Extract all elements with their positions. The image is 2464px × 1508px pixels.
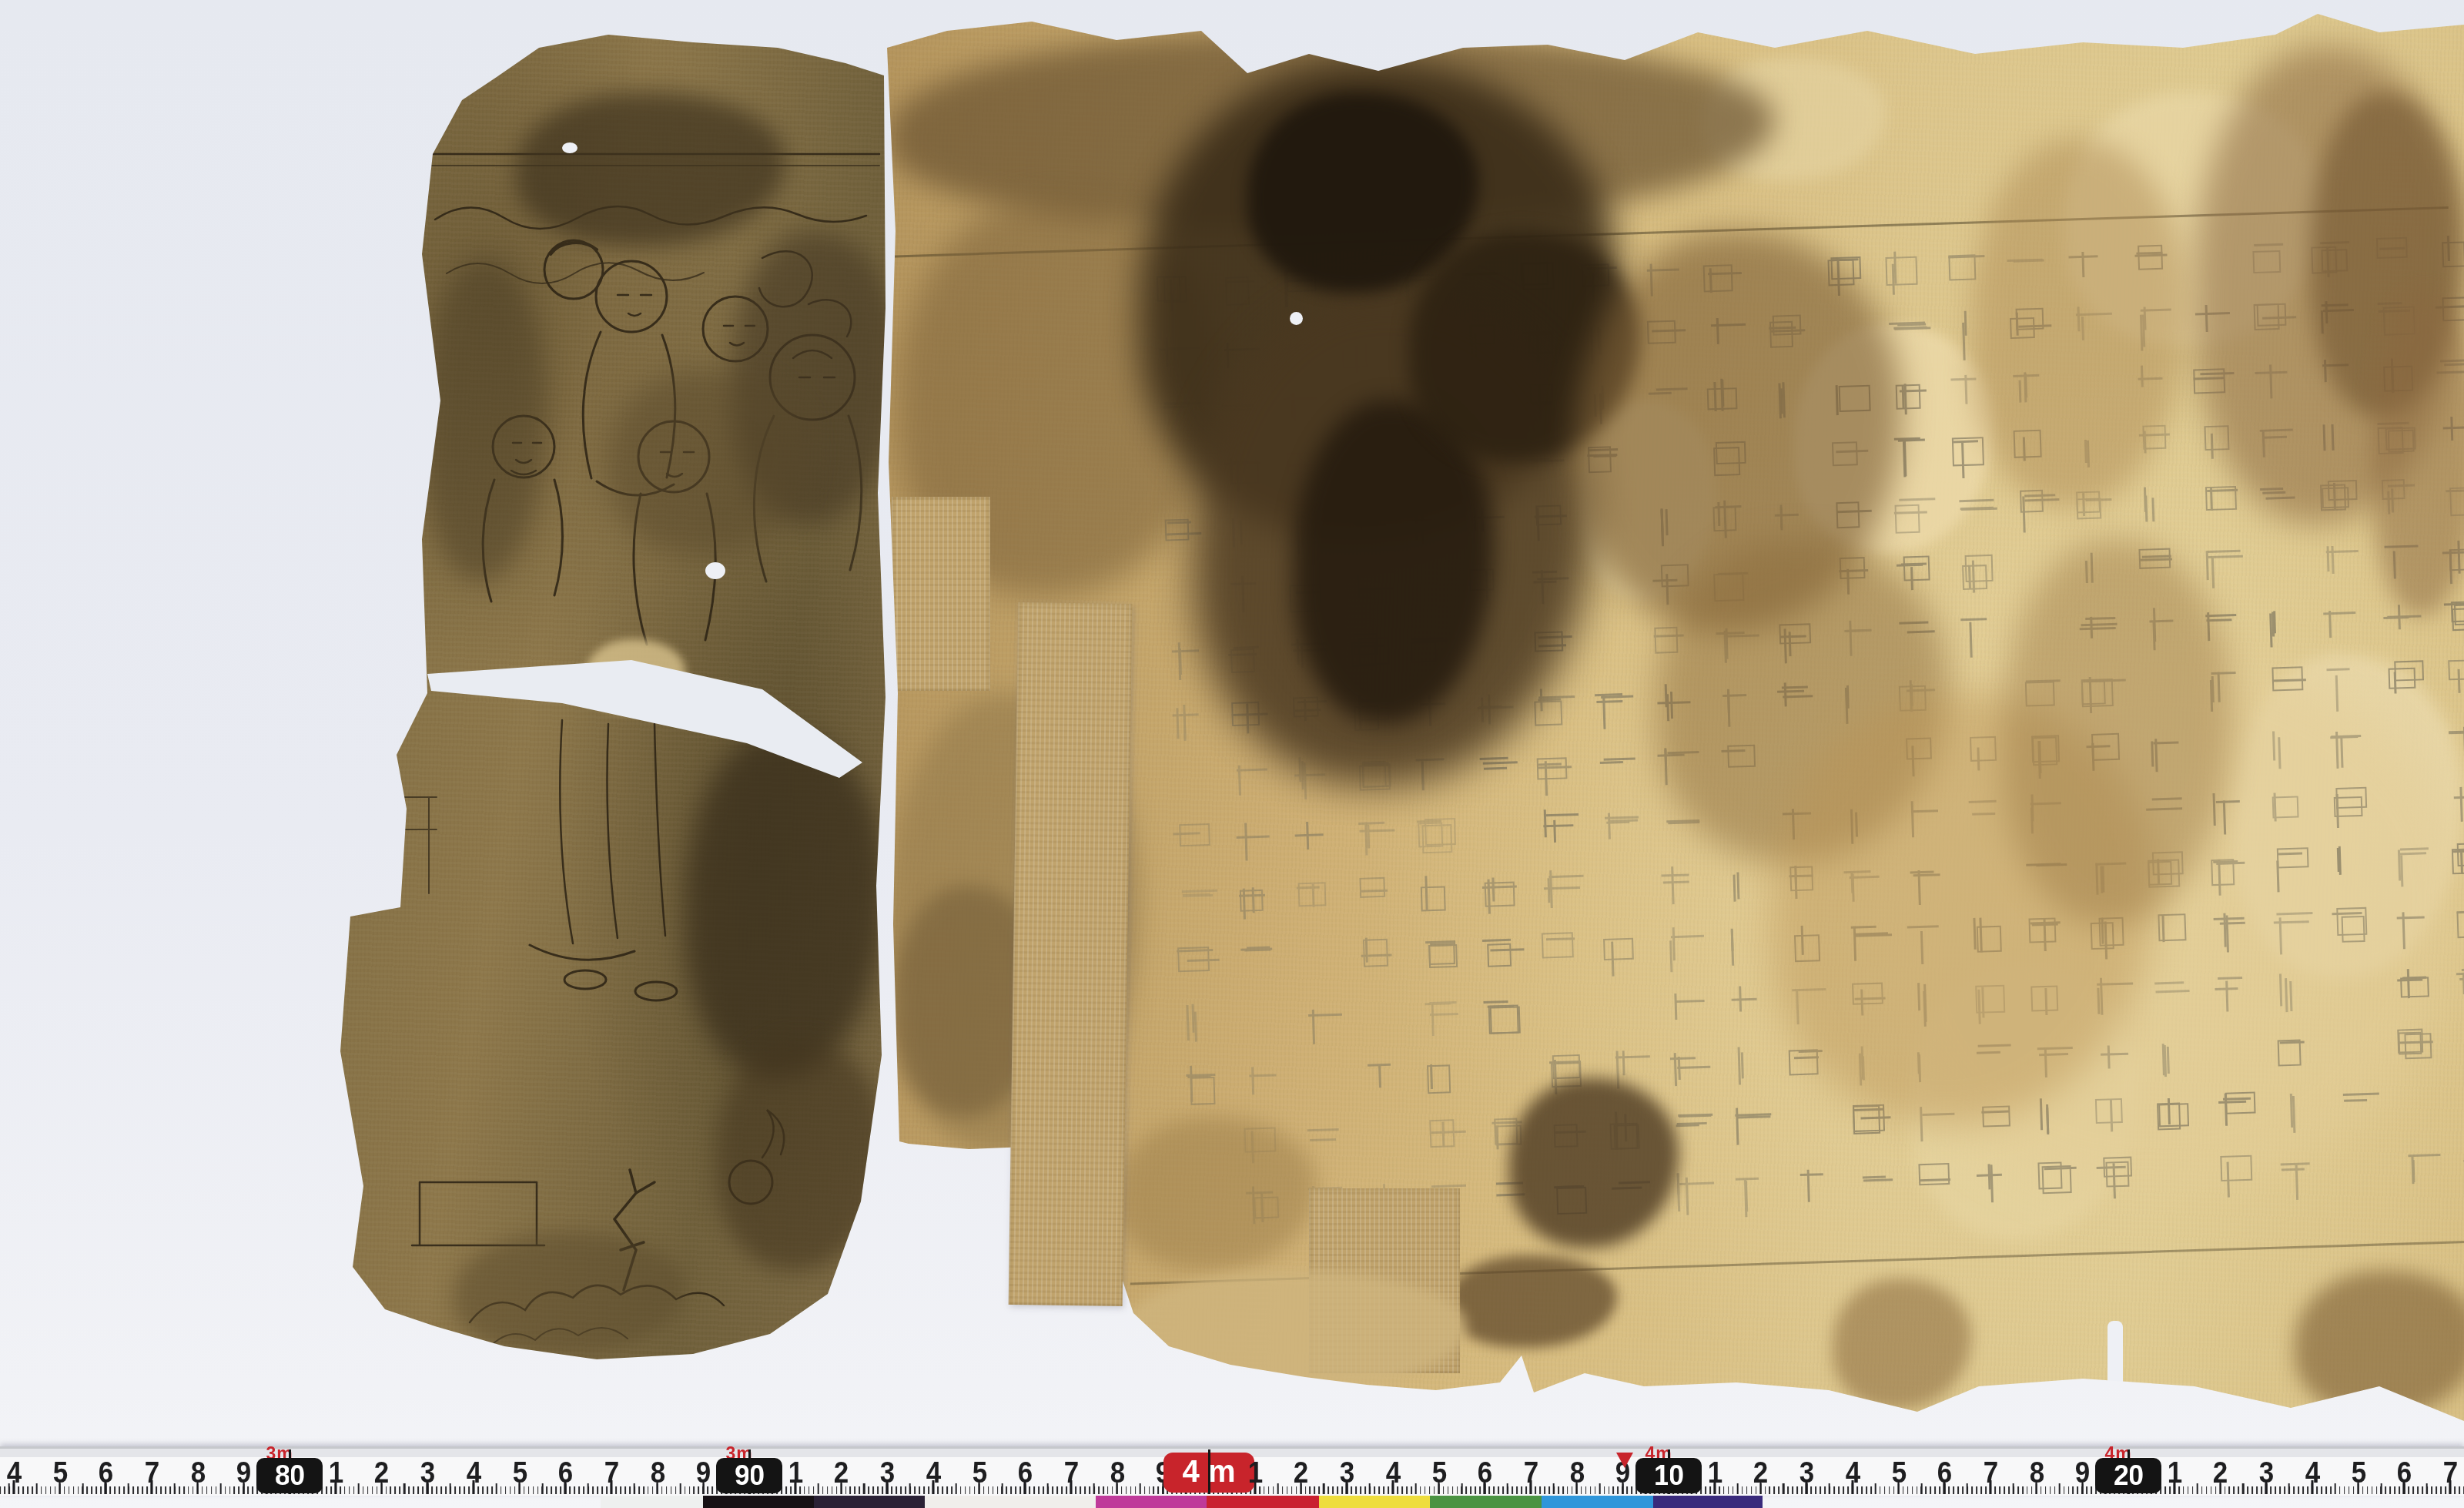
mirrored-character xyxy=(1595,685,1638,734)
mirrored-character xyxy=(1913,1162,1957,1211)
mirrored-character xyxy=(2328,784,2371,833)
ruler-number: 5 xyxy=(504,1457,534,1490)
ruler-number: 2 xyxy=(1745,1457,1776,1490)
mirrored-character xyxy=(1599,806,1642,856)
mirrored-character xyxy=(2322,602,2365,651)
mirrored-character xyxy=(2096,1156,2139,1205)
ruler-number: 4 xyxy=(458,1457,489,1490)
mirrored-character xyxy=(2453,902,2464,951)
mirrored-character xyxy=(1956,552,1999,602)
ruler-number: 6 xyxy=(1009,1457,1040,1490)
mirrored-character xyxy=(2400,1147,2443,1196)
mirrored-character xyxy=(2395,964,2438,1014)
ruler-number: 5 xyxy=(1423,1457,1454,1490)
mirrored-character xyxy=(1538,809,1581,858)
mirrored-character xyxy=(2275,1029,2318,1078)
ruler-number: 4 xyxy=(0,1457,29,1490)
ruler-number: 1 xyxy=(1699,1457,1729,1490)
mirrored-character xyxy=(2396,1025,2439,1074)
mirrored-character xyxy=(2448,719,2464,769)
mirrored-character xyxy=(2155,1094,2198,1143)
mirrored-character xyxy=(1177,942,1220,991)
mirrored-character xyxy=(1732,1168,1775,1217)
mirrored-character xyxy=(2198,545,2241,594)
mirrored-character xyxy=(2449,780,2464,829)
mirrored-character xyxy=(2459,1084,2464,1133)
ruler-number: 8 xyxy=(2020,1457,2051,1490)
mirrored-character xyxy=(2197,484,2240,533)
ruler-number: 7 xyxy=(1975,1457,2006,1490)
ruler-number: 8 xyxy=(182,1457,213,1490)
mirrored-character xyxy=(2151,972,2194,1021)
mirrored-character xyxy=(2456,963,2464,1012)
mirrored-character xyxy=(2094,1095,2138,1144)
mirrored-character xyxy=(2210,910,2253,959)
ruler-number: 7 xyxy=(1056,1457,1086,1490)
mirrored-character xyxy=(2263,664,2306,713)
repair-tape-a xyxy=(892,497,990,691)
ruler-number: 6 xyxy=(1469,1457,1500,1490)
color-patch-azure xyxy=(1542,1496,1653,1508)
mirrored-character xyxy=(2218,1152,2261,1201)
ruler-number: 4 xyxy=(918,1457,949,1490)
mirrored-character xyxy=(1478,871,1522,920)
mirrored-character xyxy=(1885,250,1928,299)
worm-hole xyxy=(562,142,577,153)
photograph-stage: 4567893m801234567893m901234567894 m12345… xyxy=(0,0,2464,1508)
mirrored-character xyxy=(1178,1003,1221,1052)
mirrored-character xyxy=(1169,699,1212,748)
ruler-number: 2 xyxy=(825,1457,856,1490)
mirrored-character xyxy=(1671,1170,1714,1219)
mirrored-character xyxy=(2273,968,2316,1017)
ruler-number: 8 xyxy=(641,1457,672,1490)
color-patch-black xyxy=(703,1496,814,1508)
mirrored-character xyxy=(1355,814,1398,863)
mirrored-character xyxy=(2269,846,2312,896)
mirrored-character xyxy=(2326,723,2369,772)
mirrored-character xyxy=(2271,907,2314,957)
color-patch-green xyxy=(1430,1496,1542,1508)
mirrored-character xyxy=(2457,1024,2464,1073)
mirrored-character xyxy=(2391,843,2434,892)
mirrored-character xyxy=(2212,970,2255,1019)
ruler-number: 1 xyxy=(2158,1457,2189,1490)
mirrored-character xyxy=(1661,866,1704,915)
mirrored-character xyxy=(1235,879,1278,928)
mirrored-character xyxy=(1359,936,1402,985)
mirrored-character xyxy=(1481,932,1524,981)
mirrored-character xyxy=(1728,1046,1771,1095)
red-arrow-icon xyxy=(1616,1453,1633,1468)
stain xyxy=(2295,1271,2464,1417)
ruler-number: 2 xyxy=(2205,1457,2235,1490)
mirrored-character xyxy=(1722,863,1765,913)
mirrored-character xyxy=(1421,995,1465,1044)
mirrored-character xyxy=(1237,940,1281,989)
mirrored-character xyxy=(2320,541,2363,590)
ruler-number: 5 xyxy=(2342,1457,2373,1490)
mirrored-character xyxy=(1174,881,1217,930)
mirrored-character xyxy=(1974,1160,2017,1209)
mirrored-character xyxy=(2332,906,2375,955)
color-patch-white xyxy=(601,1496,703,1508)
color-patch-white xyxy=(925,1496,1096,1508)
mirrored-character xyxy=(1234,818,1277,867)
color-patch-red xyxy=(1207,1496,1319,1508)
mirrored-character xyxy=(2265,725,2308,774)
mirrored-character xyxy=(1180,1064,1224,1113)
sutra-text-columns xyxy=(860,0,2442,37)
illustration-fragment xyxy=(331,27,893,1367)
mirrored-character xyxy=(2216,1091,2259,1141)
ruler-number: 4 xyxy=(2297,1457,2328,1490)
decimeter-line xyxy=(2128,1449,2130,1494)
mirrored-character xyxy=(1416,813,1459,862)
mirrored-character xyxy=(1729,1107,1773,1156)
mirrored-character xyxy=(2444,598,2464,647)
mirrored-character xyxy=(2324,662,2367,712)
ruler-number: 2 xyxy=(1285,1457,1316,1490)
mirrored-character xyxy=(1475,749,1518,799)
mirrored-character xyxy=(2267,786,2310,835)
ruler-number: 1 xyxy=(320,1457,350,1490)
stain xyxy=(2372,293,2464,616)
tape-ruler: 4567893m801234567893m901234567894 m12345… xyxy=(0,1446,2464,1496)
mirrored-character xyxy=(1300,999,1343,1048)
mirrored-character xyxy=(1957,613,2000,662)
ruler-number: 5 xyxy=(963,1457,994,1490)
mirrored-character xyxy=(1296,877,1339,927)
mirrored-character xyxy=(2277,1090,2320,1139)
mirrored-character xyxy=(1663,927,1706,976)
worm-hole xyxy=(705,562,725,579)
mirrored-character xyxy=(2149,911,2192,960)
ruler-number: 7 xyxy=(136,1457,167,1490)
mirrored-character xyxy=(1853,1164,1896,1213)
mirrored-character xyxy=(1792,1166,1835,1215)
color-patch-yellow xyxy=(1319,1496,1430,1508)
mirrored-character xyxy=(1893,493,1936,542)
mirrored-character xyxy=(2385,660,2428,709)
ruler-number: 5 xyxy=(1883,1457,1913,1490)
mirrored-character xyxy=(2446,658,2464,708)
mirrored-character xyxy=(2330,845,2373,894)
decimeter-line xyxy=(1668,1449,1670,1494)
color-patch-dark-violet xyxy=(814,1496,925,1508)
mirrored-character xyxy=(1425,1117,1468,1166)
mirrored-character xyxy=(2035,1158,2078,1208)
repair-tape-b xyxy=(1009,602,1133,1306)
ruler-number: 1 xyxy=(779,1457,810,1490)
mirrored-character xyxy=(2338,1087,2381,1137)
ruler-number: 3 xyxy=(1791,1457,1822,1490)
decimeter-line xyxy=(748,1449,751,1494)
ruler-number: 3 xyxy=(1331,1457,1362,1490)
mirrored-character xyxy=(1724,924,1767,973)
ruler-number: 6 xyxy=(90,1457,121,1490)
mirrored-character xyxy=(1424,1056,1467,1105)
mirrored-character xyxy=(2136,485,2179,535)
ruler-number: 4 xyxy=(1837,1457,1868,1490)
decimeter-line xyxy=(1208,1449,1210,1494)
mirrored-character xyxy=(2034,1097,2077,1147)
mirrored-character xyxy=(1539,870,1582,919)
mirrored-character xyxy=(2461,1144,2464,1194)
ruler-number: 8 xyxy=(1561,1457,1592,1490)
ruler-number: 5 xyxy=(44,1457,75,1490)
mirrored-character xyxy=(2392,903,2436,953)
mirrored-character xyxy=(1534,687,1577,736)
mirrored-character xyxy=(1357,875,1400,924)
mirrored-character xyxy=(1363,1057,1406,1107)
ruler-number: 4 xyxy=(1378,1457,1408,1490)
decimeter-line xyxy=(289,1449,291,1494)
mirrored-character xyxy=(1535,748,1578,797)
mirrored-character xyxy=(1726,985,1769,1034)
ruler-number: 7 xyxy=(2435,1457,2464,1490)
mirrored-character xyxy=(1418,873,1461,923)
ruler-number: 7 xyxy=(1515,1457,1546,1490)
mirrored-character xyxy=(1173,820,1216,870)
mirrored-character xyxy=(1667,1048,1710,1097)
ruler-number: 6 xyxy=(550,1457,581,1490)
ruler-number: 8 xyxy=(1101,1457,1132,1490)
mirrored-character xyxy=(1482,993,1525,1042)
worm-hole xyxy=(1290,312,1303,325)
edge-notch xyxy=(2107,1321,2123,1406)
mirrored-character xyxy=(1665,987,1708,1037)
mirrored-character xyxy=(1602,928,1645,977)
stain xyxy=(716,1040,885,1271)
mirrored-character xyxy=(1953,491,1997,541)
ruler-number: 6 xyxy=(1929,1457,1960,1490)
mirrored-character xyxy=(1241,1061,1284,1111)
mirrored-character xyxy=(1231,757,1274,806)
mirrored-character xyxy=(2208,849,2251,898)
mirrored-character xyxy=(2261,603,2305,652)
mirrored-character xyxy=(2452,841,2464,890)
mirrored-character xyxy=(1420,934,1463,984)
mirrored-character xyxy=(2153,1033,2196,1082)
mirrored-character xyxy=(1542,930,1585,980)
ruler-number: 2 xyxy=(366,1457,397,1490)
mirrored-character xyxy=(2278,1151,2322,1200)
ruler-number: 3 xyxy=(872,1457,902,1490)
mirrored-character xyxy=(1294,816,1337,866)
mirrored-character xyxy=(1596,746,1639,795)
ruler-number: 3 xyxy=(2251,1457,2282,1490)
ruler-number: 3 xyxy=(412,1457,443,1490)
ruler-number: 6 xyxy=(2389,1457,2419,1490)
ruler-number: 1 xyxy=(1239,1457,1270,1490)
color-patch-magenta xyxy=(1096,1496,1207,1508)
color-patch-violet xyxy=(1653,1496,1763,1508)
ruler-number: 7 xyxy=(596,1457,627,1490)
